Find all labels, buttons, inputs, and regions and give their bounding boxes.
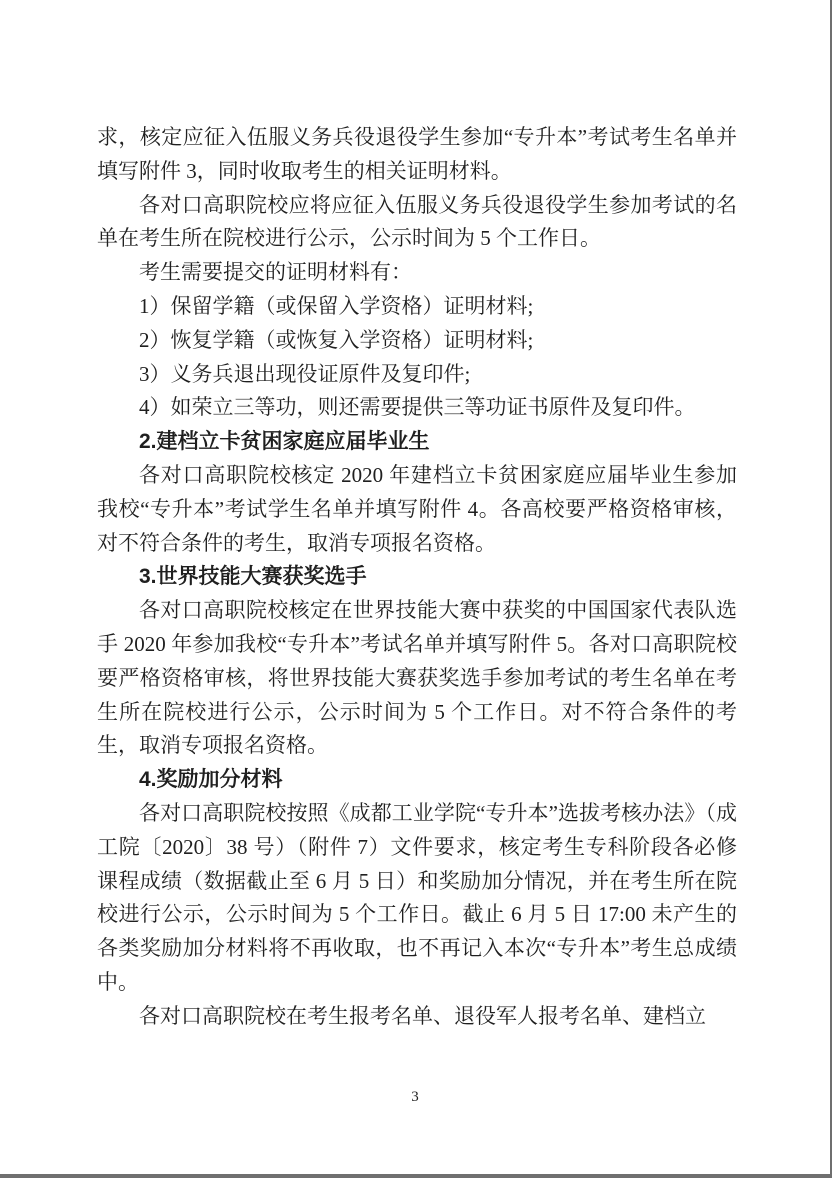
list-item: 4）如荣立三等功，则还需要提供三等功证书原件及复印件。 xyxy=(97,391,737,425)
paragraph: 各对口高职院校在考生报考名单、退役军人报考名单、建档立 xyxy=(97,1000,737,1034)
paragraph-continuation: 求，核定应征入伍服义务兵役退役学生参加“专升本”考试考生名单并填写附件 3，同时… xyxy=(97,121,737,189)
section-heading-4: 4.奖励加分材料 xyxy=(97,763,737,797)
paragraph: 各对口高职院校核定在世界技能大赛中获奖的中国国家代表队选手 2020 年参加我校… xyxy=(97,594,737,763)
paragraph: 各对口高职院校核定 2020 年建档立卡贫困家庭应届毕业生参加我校“专升本”考试… xyxy=(97,459,737,560)
page-number: 3 xyxy=(0,1088,830,1106)
paragraph: 考生需要提交的证明材料有： xyxy=(97,256,737,290)
document-body: 求，核定应征入伍服义务兵役退役学生参加“专升本”考试考生名单并填写附件 3，同时… xyxy=(97,121,737,1034)
list-item: 2）恢复学籍（或恢复入学资格）证明材料; xyxy=(97,324,737,358)
section-heading-2: 2.建档立卡贫困家庭应届毕业生 xyxy=(97,425,737,459)
paragraph: 各对口高职院校按照《成都工业学院“专升本”选拔考核办法》（成工院〔2020〕38… xyxy=(97,797,737,1000)
list-item: 1）保留学籍（或保留入学资格）证明材料; xyxy=(97,290,737,324)
paragraph: 各对口高职院校应将应征入伍服义务兵役退役学生参加考试的名单在考生所在院校进行公示… xyxy=(97,189,737,257)
list-item: 3）义务兵退出现役证原件及复印件; xyxy=(97,358,737,392)
section-heading-3: 3.世界技能大赛获奖选手 xyxy=(97,560,737,594)
document-page: 求，核定应征入伍服义务兵役退役学生参加“专升本”考试考生名单并填写附件 3，同时… xyxy=(0,0,832,1178)
